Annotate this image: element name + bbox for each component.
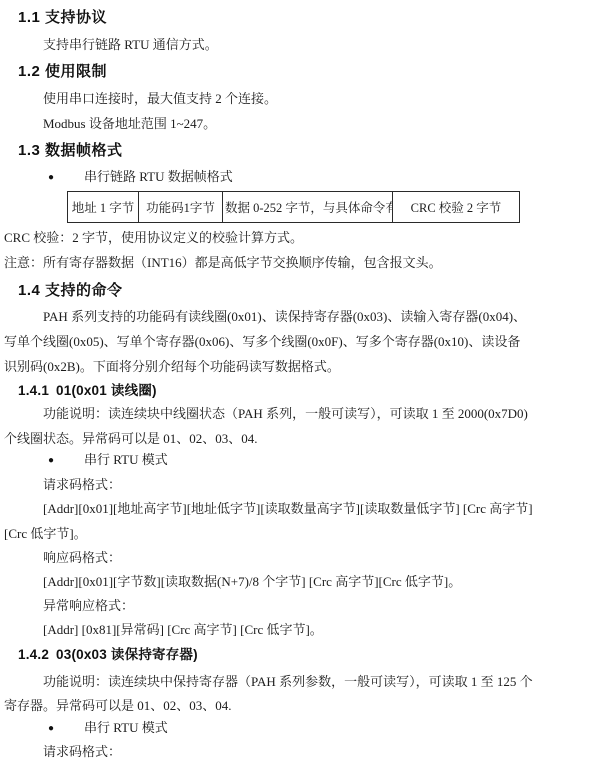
- section-title: 使用限制: [45, 63, 107, 80]
- section-number: 1.4: [18, 282, 45, 300]
- paragraph-line: 寄存器。异常码可以是 01、02、03、04.: [4, 698, 232, 713]
- paragraph: CRC 校验：2 字节，使用协议定义的校验计算方式。: [4, 230, 303, 245]
- section-title: 03(0x03 读保持寄存器): [56, 647, 198, 662]
- bullet-icon: ●: [48, 170, 84, 185]
- paragraph: 注意：所有寄存器数据（INT16）都是高低字节交换顺序传输，包含报文头。: [4, 255, 442, 270]
- section-number: 1.4.2: [18, 647, 49, 663]
- section-title: 支持的命令: [45, 282, 123, 299]
- section-number: 1.3: [18, 142, 45, 160]
- bullet-text: 串行 RTU 模式: [84, 720, 168, 735]
- section-heading-1-4: 1.4支持的命令: [18, 282, 123, 300]
- request-format-label: 请求码格式：: [43, 477, 121, 492]
- table-row: 地址 1 字节 功能码1字节 数据 0-252 字节，与具体命令有关 CRC 校…: [68, 192, 520, 223]
- paragraph-line: 个线圈状态。异常码可以是 01、02、03、04.: [4, 431, 258, 446]
- section-heading-1-3: 1.3数据帧格式: [18, 142, 123, 160]
- exception-format-line: [Addr] [0x81][异常码] [Crc 高字节] [Crc 低字节]。: [43, 622, 323, 637]
- request-format-line: [Crc 低字节]。: [4, 526, 87, 541]
- section-heading-1-4-1: 1.4.101(0x01 读线圈): [18, 383, 157, 399]
- table-cell-address: 地址 1 字节: [68, 192, 139, 223]
- bullet-icon: ●: [48, 721, 84, 736]
- bullet-item: ●串行链路 RTU 数据帧格式: [48, 169, 233, 185]
- section-number: 1.4.1: [18, 383, 49, 399]
- bullet-item: ●串行 RTU 模式: [48, 720, 168, 736]
- response-format-label: 响应码格式：: [43, 550, 121, 565]
- section-heading-1-4-2: 1.4.203(0x03 读保持寄存器): [18, 647, 198, 663]
- response-format-line: [Addr][0x01][字节数][读取数据(N+7)/8 个字节] [Crc …: [43, 574, 461, 589]
- bullet-text: 串行 RTU 模式: [84, 452, 168, 467]
- section-title: 数据帧格式: [45, 142, 123, 159]
- request-format-label: 请求码格式：: [43, 744, 121, 759]
- section-number: 1.2: [18, 63, 45, 81]
- paragraph-line: 识别码(0x2B)。下面将分别介绍每个功能码读写数据格式。: [4, 359, 340, 374]
- paragraph-line: 写单个线圈(0x05)、写单个寄存器(0x06)、写多个线圈(0x0F)、写多个…: [4, 334, 520, 349]
- paragraph-line: 功能说明：读连续块中保持寄存器（PAH 系列参数，一般可读写），可读取 1 至 …: [43, 674, 533, 689]
- table-cell-crc: CRC 校验 2 字节: [393, 192, 520, 223]
- bullet-icon: ●: [48, 453, 84, 468]
- document-page: 1.1支持协议 支持串行链路 RTU 通信方式。 1.2使用限制 使用串口连接时…: [0, 0, 600, 765]
- section-title: 支持协议: [45, 9, 107, 26]
- section-heading-1-2: 1.2使用限制: [18, 63, 107, 81]
- paragraph: 支持串行链路 RTU 通信方式。: [43, 37, 218, 52]
- table-cell-function-code: 功能码1字节: [139, 192, 223, 223]
- frame-format-table: 地址 1 字节 功能码1字节 数据 0-252 字节，与具体命令有关 CRC 校…: [67, 191, 520, 223]
- bullet-text: 串行链路 RTU 数据帧格式: [84, 169, 233, 184]
- paragraph-line: PAH 系列支持的功能码有读线圈(0x01)、读保持寄存器(0x03)、读输入寄…: [43, 309, 526, 324]
- exception-format-label: 异常响应格式：: [43, 598, 134, 613]
- request-format-line: [Addr][0x01][地址高字节][地址低字节][读取数量高字节][读取数量…: [43, 501, 533, 516]
- table-cell-data: 数据 0-252 字节，与具体命令有关: [223, 192, 393, 223]
- section-number: 1.1: [18, 9, 45, 27]
- section-heading-1-1: 1.1支持协议: [18, 9, 107, 27]
- paragraph-line: 功能说明：读连续块中线圈状态（PAH 系列，一般可读写），可读取 1 至 200…: [43, 406, 528, 421]
- bullet-item: ●串行 RTU 模式: [48, 452, 168, 468]
- section-title: 01(0x01 读线圈): [56, 383, 157, 398]
- paragraph: Modbus 设备地址范围 1~247。: [43, 116, 216, 131]
- paragraph: 使用串口连接时，最大值支持 2 个连接。: [43, 91, 277, 106]
